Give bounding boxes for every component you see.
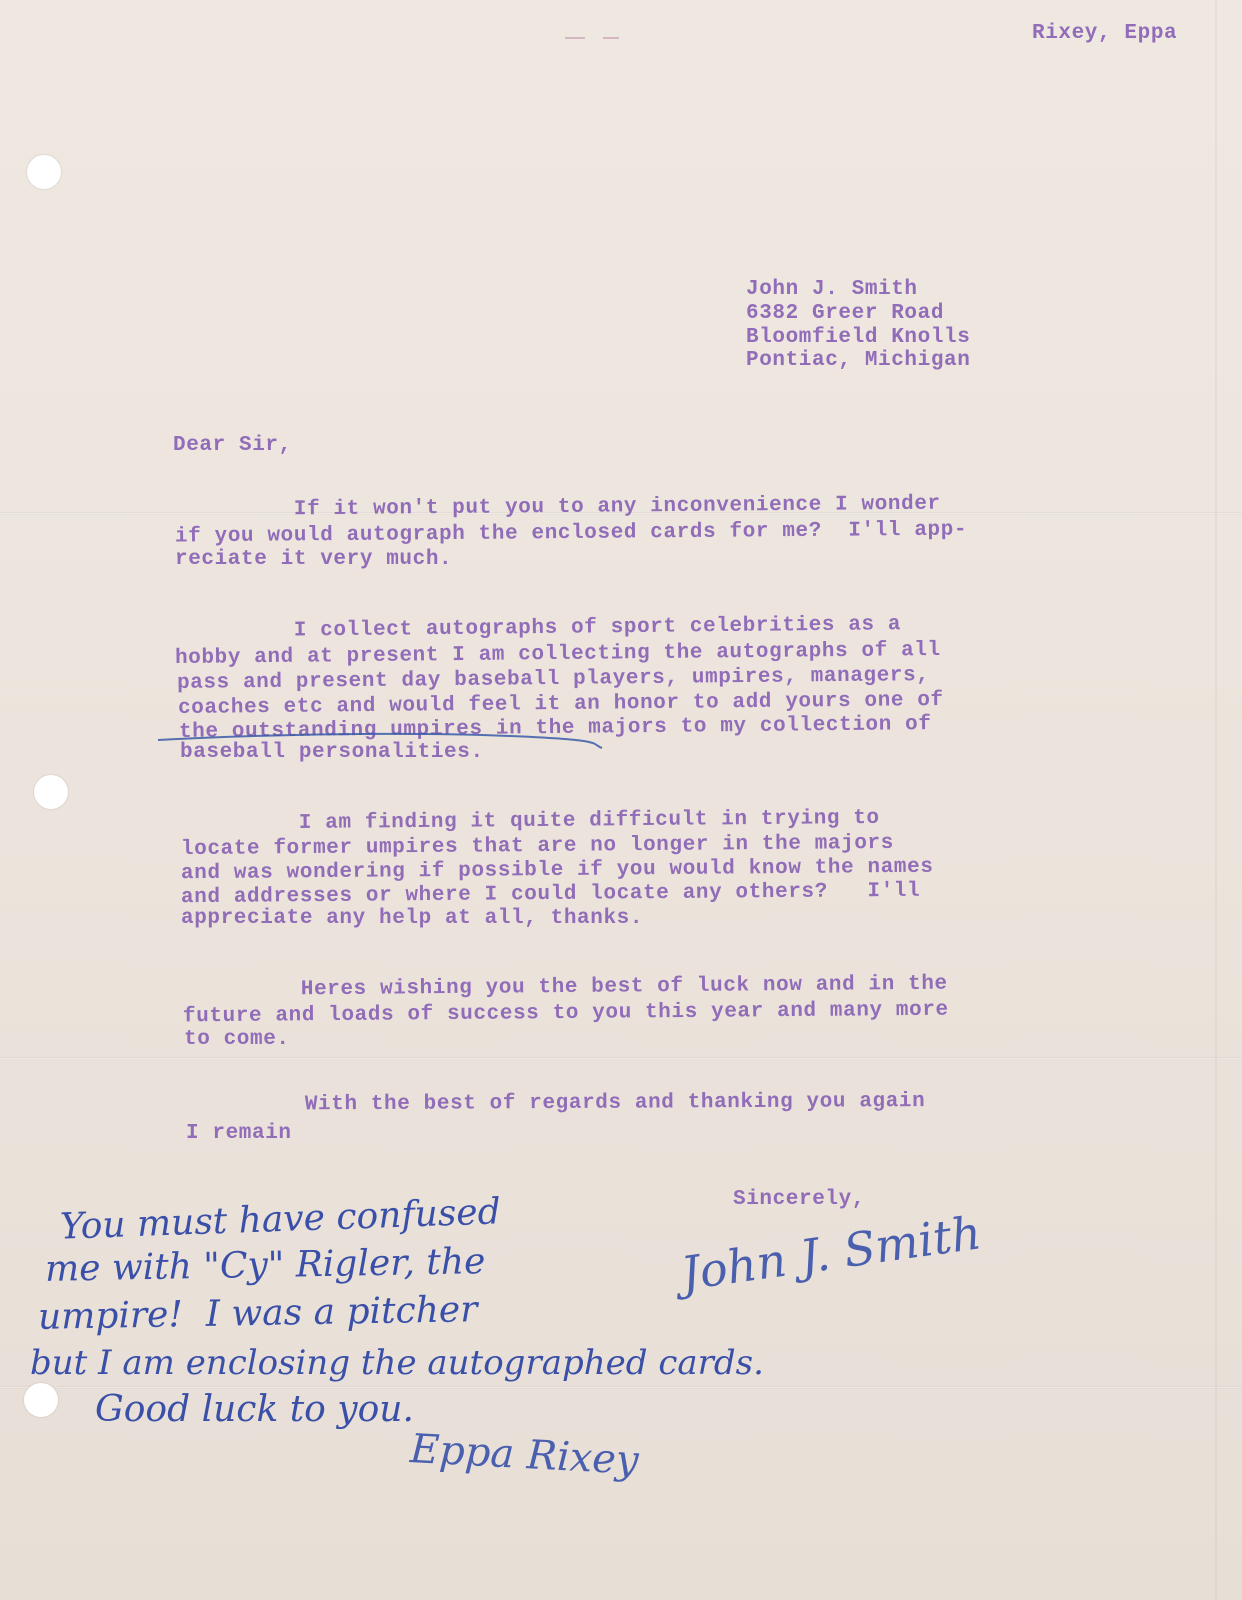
paragraph-line: and addresses or where I could locate an…: [181, 880, 921, 910]
paragraph-line: future and loads of success to you this …: [183, 999, 949, 1030]
paragraph-line: appreciate any help at all, thanks.: [181, 907, 643, 931]
handwritten-line: umpire! I was a pitcher: [38, 1292, 478, 1336]
file-label: Rixey, Eppa: [1032, 22, 1177, 46]
sender-area: Bloomfield Knolls: [746, 326, 970, 350]
punch-hole: [27, 155, 61, 189]
stray-mark: [603, 37, 619, 39]
sender-name: John J. Smith: [746, 278, 918, 302]
edge-crease: [1215, 0, 1217, 1600]
salutation: Dear Sir,: [173, 434, 292, 458]
closing: Sincerely,: [733, 1188, 865, 1212]
handwritten-line: Good luck to you.: [95, 1392, 414, 1428]
punch-hole: [24, 1383, 58, 1417]
sender-street: 6382 Greer Road: [746, 302, 944, 326]
paragraph-line: I remain: [186, 1122, 292, 1146]
handwritten-line: You must have confused: [60, 1194, 502, 1245]
handwritten-line: but I am enclosing the autographed cards…: [30, 1346, 764, 1380]
sender-signature: John J. Smith: [678, 1205, 985, 1301]
punch-hole: [34, 775, 68, 809]
fold-crease: [0, 1057, 1242, 1060]
pen-underline: [150, 728, 610, 752]
stray-mark: [565, 37, 585, 39]
letter-paper: Rixey, Eppa John J. Smith 6382 Greer Roa…: [0, 0, 1242, 1600]
handwritten-line: me with "Cy" Rigler, the: [45, 1244, 486, 1288]
paragraph-line: reciate it very much.: [175, 548, 452, 572]
paragraph-line: With the best of regards and thanking yo…: [186, 1090, 925, 1118]
sender-city: Pontiac, Michigan: [746, 349, 970, 373]
paragraph-line: if you would autograph the enclosed card…: [175, 519, 967, 550]
paragraph-line: to come.: [184, 1028, 290, 1052]
reply-signature: Eppa Rixey: [409, 1426, 640, 1484]
paragraph-line: If it won't put you to any inconvenience…: [175, 493, 941, 524]
